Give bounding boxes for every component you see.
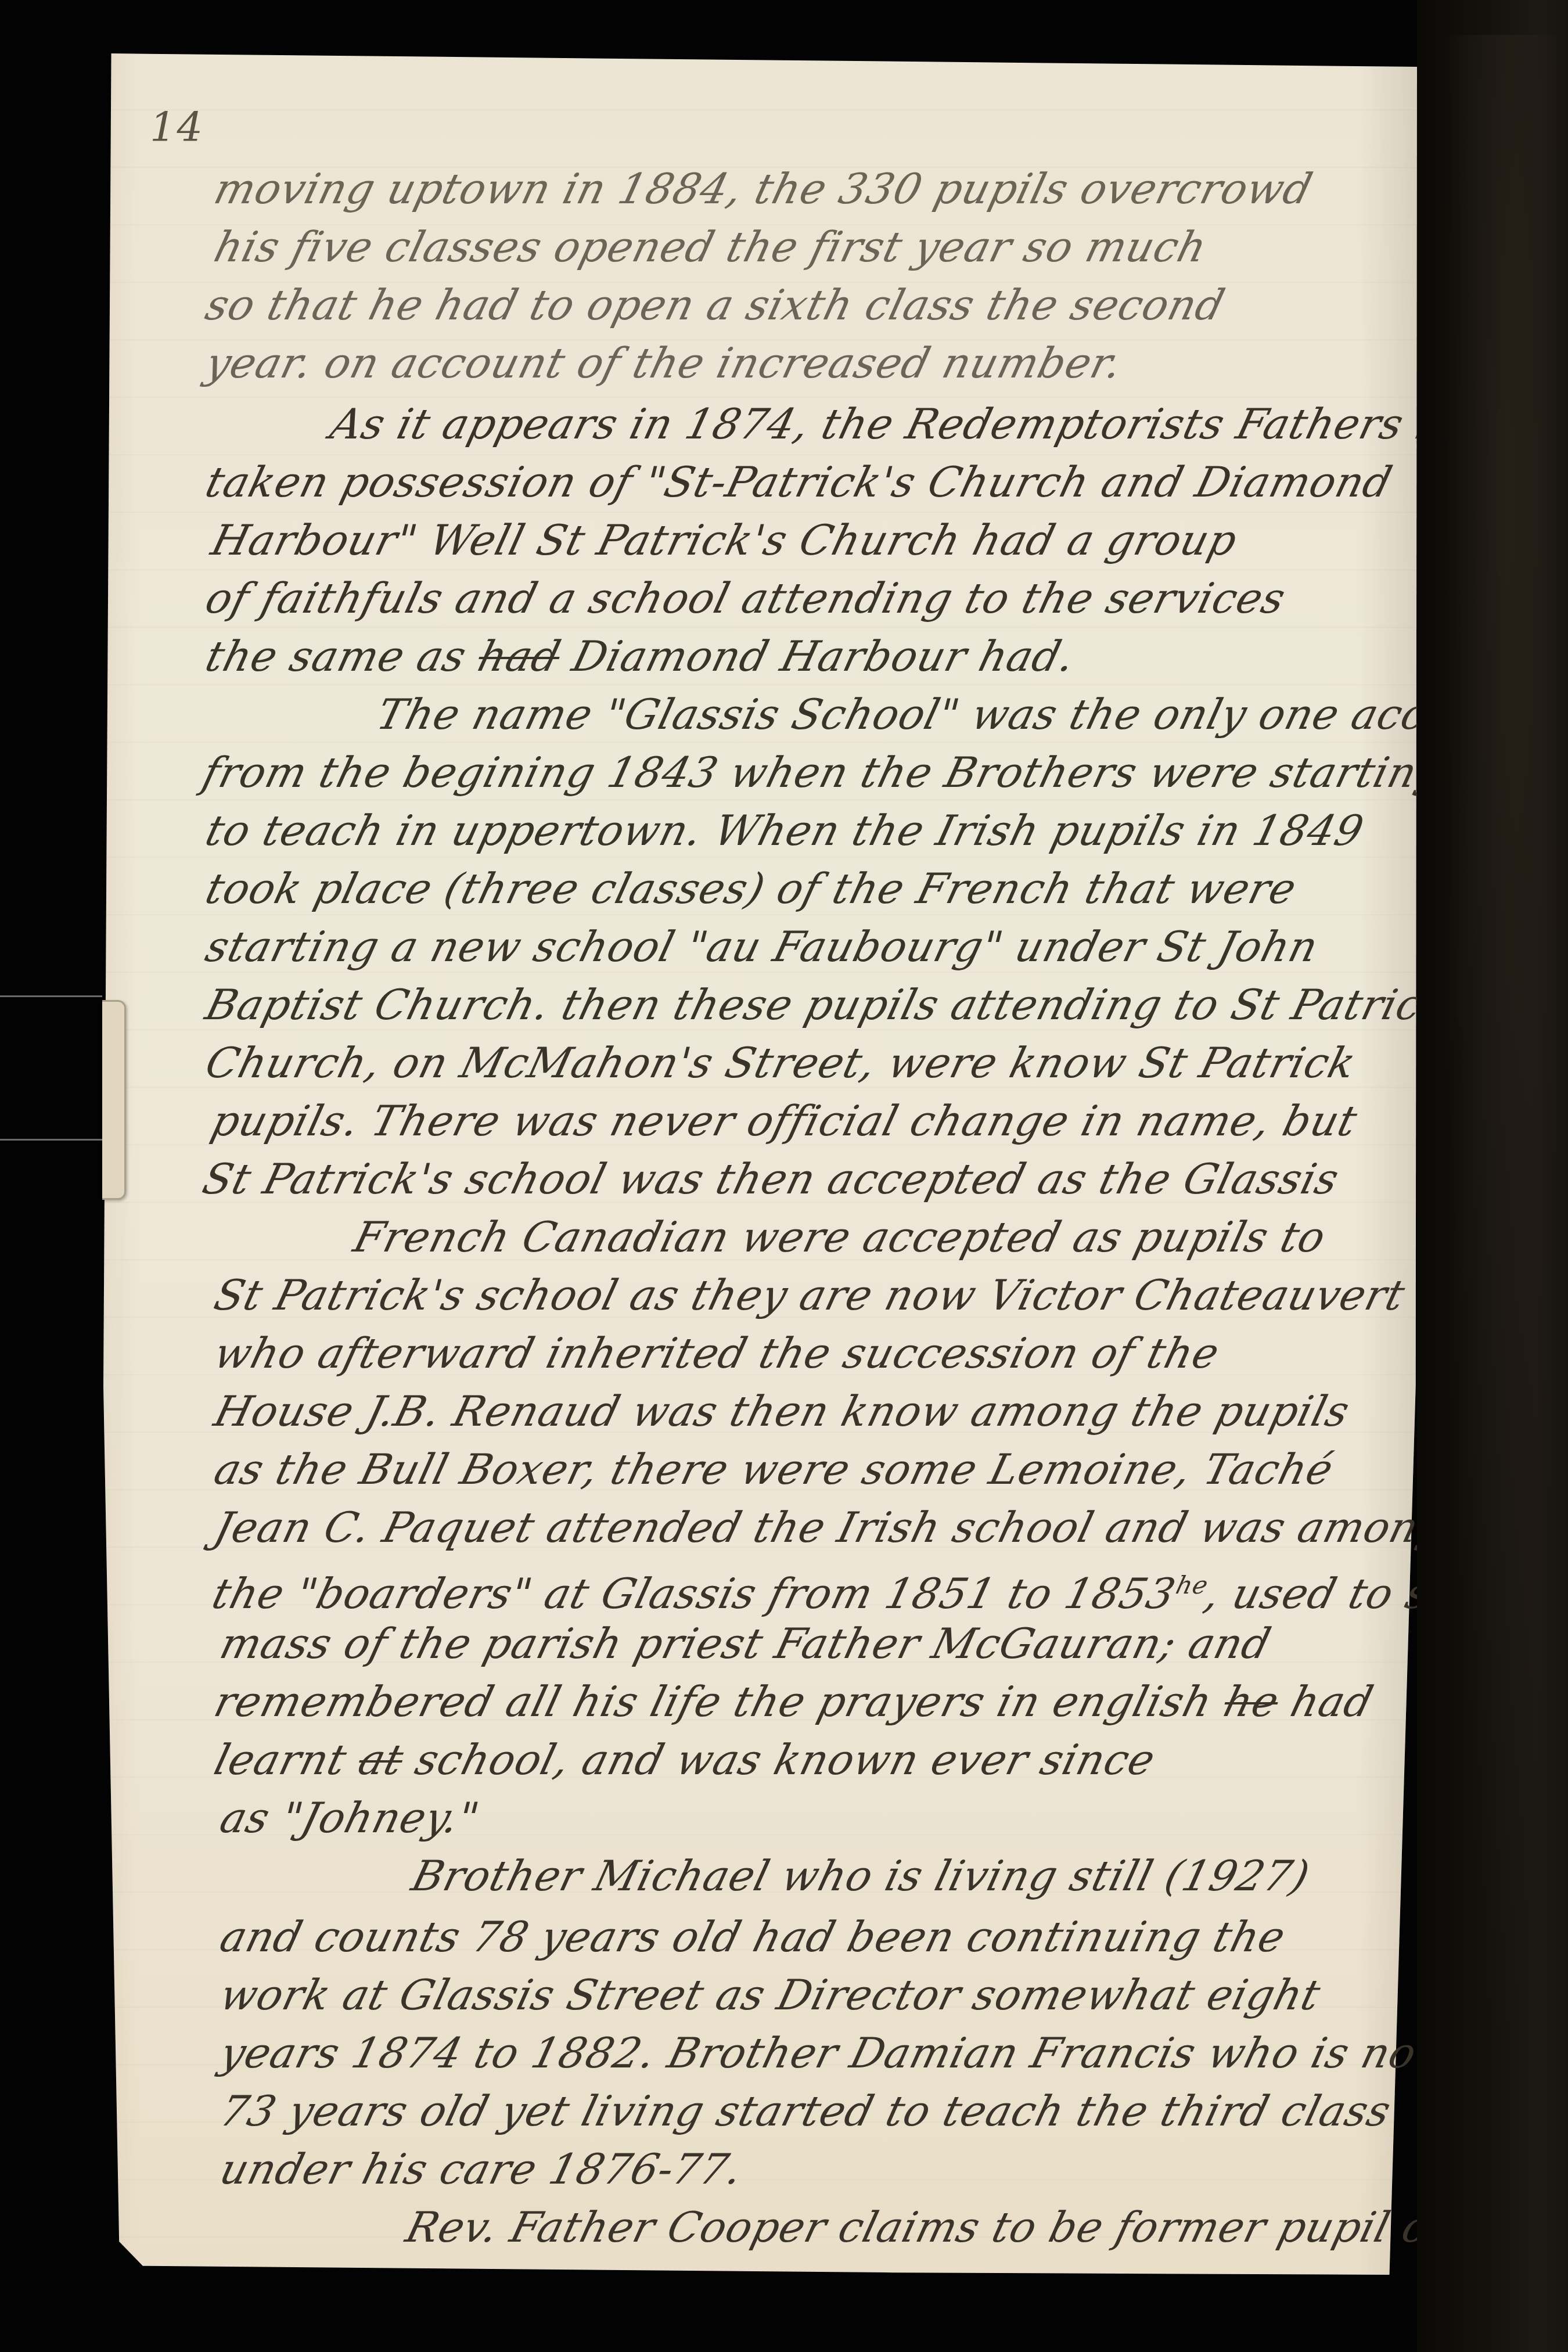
text-line-10: The name "Glassis School" was the only o…	[372, 688, 1417, 740]
text-line-24: Jean C. Paquet attended the Irish school…	[209, 1501, 1417, 1553]
text-line-22: House J.B. Renaud was then know among th…	[209, 1385, 1355, 1437]
text-line-33: years 1874 to 1882. Brother Damian Franc…	[215, 2027, 1417, 2079]
binding-shadow	[1429, 35, 1556, 2329]
text-line-30: Brother Michael who is living still (192…	[407, 1850, 1315, 1902]
text-line-8: of faithfuls and a school attending to t…	[200, 572, 1291, 624]
text-line-35: under his care 1876-77.	[215, 2143, 749, 2195]
handwritten-text: moving uptown in 1884, the 330 pupils ov…	[0, 0, 1417, 2274]
text-line-15: Baptist Church. then these pupils attend…	[200, 979, 1417, 1031]
text-line-36: Rev. Father Cooper claims to be former p…	[401, 2201, 1417, 2253]
text-line-19: French Canadian were accepted as pupils …	[348, 1211, 1331, 1263]
text-segment: had	[1272, 1677, 1378, 1726]
text-line-25: the "boarders" at Glassis from 1851 to 1…	[209, 1559, 1417, 1612]
text-segment: Diamond Harbour had.	[553, 632, 1080, 681]
text-line-4: year. on account of the increased number…	[200, 337, 1128, 389]
text-line-23: as the Bull Boxer, there were some Lemoi…	[209, 1443, 1339, 1495]
text-line-27: remembered all his life the prayers in e…	[209, 1675, 1379, 1728]
text-line-7: Harbour" Well St Patrick's Church had a …	[206, 514, 1243, 566]
text-line-28: learnt at school, and was known ever sin…	[209, 1734, 1161, 1786]
text-line-16: Church, on McMahon's Street, were know S…	[200, 1037, 1361, 1089]
text-line-32: work at Glassis Street as Director somew…	[215, 1969, 1326, 2021]
text-line-18: St Patrick's school was then accepted as…	[197, 1153, 1344, 1205]
text-line-31: and counts 78 years old had been continu…	[215, 1911, 1291, 1963]
text-line-12: to teach in uppertown. When the Irish pu…	[200, 804, 1369, 857]
text-segment: school, and was known ever since	[397, 1735, 1160, 1784]
text-segment: the same as	[201, 632, 485, 681]
text-segment: learnt	[210, 1735, 366, 1784]
text-line-5: As it appears in 1874, the Redemptorists…	[325, 398, 1417, 450]
text-line-9: the same as had Diamond Harbour had.	[200, 630, 1081, 682]
text-segment: the "boarders" at Glassis from 1851 to 1…	[207, 1569, 1181, 1618]
text-line-11: from the begining 1843 when the Brothers…	[197, 746, 1417, 799]
text-line-34: 73 years old yet living started to teach…	[215, 2085, 1397, 2137]
text-line-14: starting a new school "au Faubourg" unde…	[200, 920, 1324, 973]
text-line-1: moving uptown in 1884, the 330 pupils ov…	[209, 163, 1318, 215]
text-segment: , used to serve	[1200, 1569, 1417, 1618]
text-line-6: taken possession of "St-Patrick's Church…	[200, 456, 1398, 508]
text-line-2: his five classes opened the first year s…	[209, 221, 1213, 273]
text-line-21: who afterward inherited the succession o…	[209, 1327, 1225, 1379]
text-line-29: as "Johney."	[215, 1792, 485, 1844]
struck-word: had	[473, 632, 566, 681]
text-line-26: mass of the parish priest Father McGaura…	[215, 1617, 1276, 1670]
text-line-20: St Patrick's school as they are now Vict…	[209, 1269, 1411, 1321]
text-line-3: so that he had to open a sixth class the…	[200, 279, 1230, 331]
text-line-13: took place (three classes) of the French…	[200, 862, 1302, 915]
text-segment: remembered all his life the prayers in e…	[210, 1677, 1232, 1726]
text-line-17: pupils. There was never official change …	[206, 1095, 1363, 1147]
